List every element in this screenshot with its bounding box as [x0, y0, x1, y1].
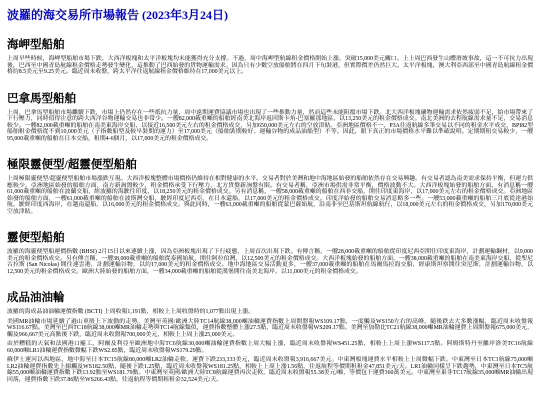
section-product-tankers-paragraph-us-mr: 美國MR油輪市場延續了過山車般上下波動的走勢。美灣至英國/歐洲大陸TC14航線3… — [7, 319, 533, 339]
section-handysize: 靈便型船舶 波羅的海靈便型船運價指數 (BHSI) 2月15日以來連續上漲，因為… — [7, 232, 533, 275]
section-product-tankers-paragraph-meg: 蘇伊士運河以西地區，地中海至日本TC15航線80,000噸LR2油輪走軟，運費下… — [7, 357, 533, 383]
section-panamax-heading: 巴拿馬型船舶 — [7, 93, 533, 106]
section-ultramax-supramax-heading: 極限靈便型/超靈便型船舶 — [7, 159, 533, 172]
section-ultramax-supramax: 極限靈便型/超靈便型船舶 上周極限靈便型/超靈便型船舶市場漲跌互現。大西洋板塊整… — [7, 159, 533, 215]
section-ultramax-supramax-paragraph: 上周極限靈便型/超靈便型船舶市場漲跌互現。大西洋板塊整體市場價格仍維持在相對健康… — [7, 176, 533, 215]
section-capesize-heading: 海岬型船舶 — [7, 39, 533, 52]
market-report-document: 波羅的海交易所市場報告 (2023年3月24日) 海岬型船舶 上周早些時候，海岬… — [0, 0, 540, 405]
section-product-tankers: 成品油油輪 波羅的海成品油油輪運價指數 (BCTI) 上周收報1,191點，相較… — [7, 292, 533, 383]
section-product-tankers-paragraph-med: 由於糟糕的天氣和法國港口罷工，阿爾及利亞至歐洲地中海TC6航線30,000噸油輪… — [7, 341, 533, 354]
section-product-tankers-heading: 成品油油輪 — [7, 292, 533, 305]
section-capesize-paragraph: 上周早些時候，海岬型船舶市場下跌，大西洋板塊和太平洋板塊均未能獲得充分支撐。不過… — [7, 56, 533, 76]
section-panamax: 巴拿馬型船舶 上周，巴拿馬型船舶市場繼續下跌，市場上仍然存在一些抵抗力量，周中遠… — [7, 93, 533, 143]
section-handysize-paragraph: 波羅的海靈便型船運價指數 (BHSI) 2月15日以來連續上漲，因為亞洲板塊出現… — [7, 249, 533, 275]
section-handysize-heading: 靈便型船舶 — [7, 232, 533, 245]
section-product-tankers-paragraph-bcti: 波羅的海成品油油輪運價指數 (BCTI) 上周收報1,191點，相較上上周收盤時… — [7, 309, 533, 316]
section-panamax-paragraph: 上周，巴拿馬型船舶市場繼續下跌，市場上仍然存在一些抵抗力量，周中遠期運費協議市場… — [7, 110, 533, 143]
section-capesize: 海岬型船舶 上周早些時候，海岬型船舶市場下跌，大西洋板塊和太平洋板塊均未能獲得充… — [7, 39, 533, 76]
report-title: 波羅的海交易所市場報告 (2023年3月24日) — [7, 8, 533, 22]
